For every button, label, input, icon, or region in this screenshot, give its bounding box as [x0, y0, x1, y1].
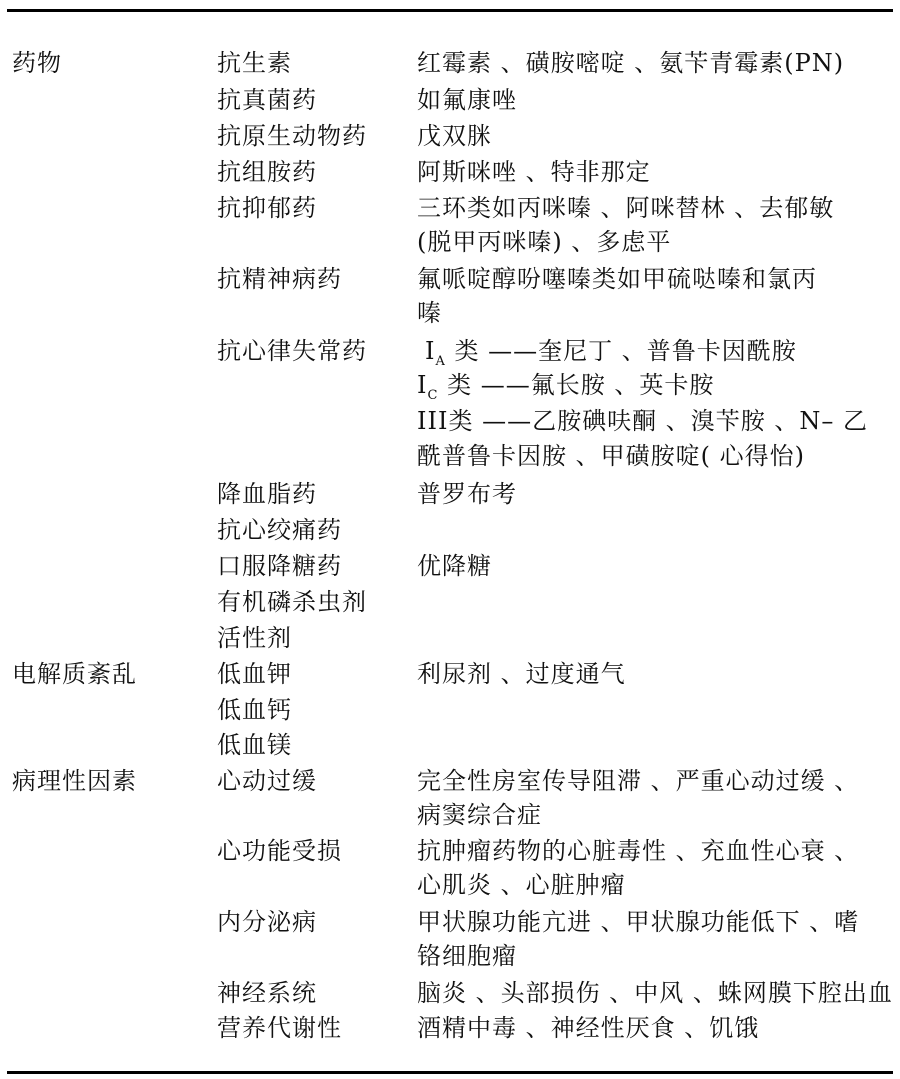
examples-cell: 如氟康唑: [417, 85, 517, 115]
subcategory-cell: 抗心绞痛药: [217, 515, 342, 545]
examples-cell: 脑炎 、头部损伤 、中风 、蛛网膜下腔出血: [417, 978, 893, 1008]
subcategory-cell: 降血脂药: [217, 479, 317, 509]
examples-cell: 优降糖: [417, 551, 492, 581]
examples-line: IC 类 ——氟长胺 、英卡胺: [417, 370, 714, 405]
class-subscript: A: [435, 354, 445, 369]
examples-cell: 嗪: [417, 298, 442, 328]
subcategory-cell: 低血镁: [217, 730, 292, 760]
subcategory-cell: 营养代谢性: [217, 1013, 342, 1043]
category-cell: 电解质紊乱: [12, 659, 137, 689]
examples-cell: 心肌炎 、心脏肿瘤: [417, 870, 626, 900]
class-roman: I: [417, 371, 427, 399]
subcategory-cell: 神经系统: [217, 978, 317, 1008]
examples-cell: 红霉素 、磺胺嘧啶 、氨苄青霉素(PN): [417, 48, 844, 78]
subcategory-cell: 抗真菌药: [217, 85, 317, 115]
examples-line: IA 类 ——奎尼丁 、普鲁卡因酰胺: [425, 336, 797, 371]
examples-cell: 完全性房室传导阻滞 、严重心动过缓 、: [417, 766, 859, 796]
subcategory-cell: 抗抑郁药: [217, 193, 317, 223]
examples-cell: 氟哌啶醇吩噻嗪类如甲硫哒嗪和氯丙: [417, 264, 817, 294]
examples-cell: 甲状腺功能亢进 、甲状腺功能低下 、嗜: [417, 907, 859, 937]
subcategory-cell: 口服降糖药: [217, 551, 342, 581]
subcategory-cell: 有机磷杀虫剂: [217, 587, 367, 617]
category-cell: 药物: [12, 48, 62, 78]
examples-cell: 利尿剂 、过度通气: [417, 659, 626, 689]
subcategory-cell: 低血钙: [217, 695, 292, 725]
examples-cell: (脱甲丙咪嗪) 、多虑平: [417, 227, 671, 257]
examples-cell: 酒精中毒 、神经性厌食 、饥饿: [417, 1013, 759, 1043]
examples-cell: 类 ——奎尼丁 、普鲁卡因酰胺: [455, 337, 797, 365]
subcategory-cell: 抗生素: [217, 48, 292, 78]
subcategory-cell: 活性剂: [217, 623, 292, 653]
examples-cell: 类 ——氟长胺 、英卡胺: [447, 371, 714, 399]
subcategory-cell: 内分泌病: [217, 907, 317, 937]
examples-cell: 铬细胞瘤: [417, 941, 517, 971]
subcategory-cell: 低血钾: [217, 659, 292, 689]
subcategory-cell: 抗精神病药: [217, 264, 342, 294]
class-roman: I: [425, 337, 435, 365]
subcategory-cell: 抗原生动物药: [217, 121, 367, 151]
subcategory-cell: 抗心律失常药: [217, 336, 367, 366]
subcategory-cell: 心动过缓: [217, 766, 317, 796]
table-bottom-rule: [7, 1071, 893, 1074]
examples-cell: 阿斯咪唑 、特非那定: [417, 157, 651, 187]
examples-cell: 病窦综合症: [417, 800, 542, 830]
examples-cell: 酰普鲁卡因胺 、甲磺胺啶( 心得怡): [417, 441, 805, 471]
class-subscript: C: [427, 388, 438, 403]
subcategory-cell: 抗组胺药: [217, 157, 317, 187]
examples-cell: 普罗布考: [417, 479, 517, 509]
subcategory-cell: 心功能受损: [217, 836, 342, 866]
examples-cell: 抗肿瘤药物的心脏毒性 、充血性心衰 、: [417, 836, 859, 866]
table-top-rule: [7, 9, 893, 12]
examples-cell: III类 ——乙胺碘呋酮 、溴苄胺 、N– 乙: [417, 406, 868, 436]
examples-cell: 三环类如丙咪嗪 、阿咪替林 、去郁敏: [417, 193, 834, 223]
category-cell: 病理性因素: [12, 766, 137, 796]
examples-cell: 戊双脒: [417, 121, 492, 151]
